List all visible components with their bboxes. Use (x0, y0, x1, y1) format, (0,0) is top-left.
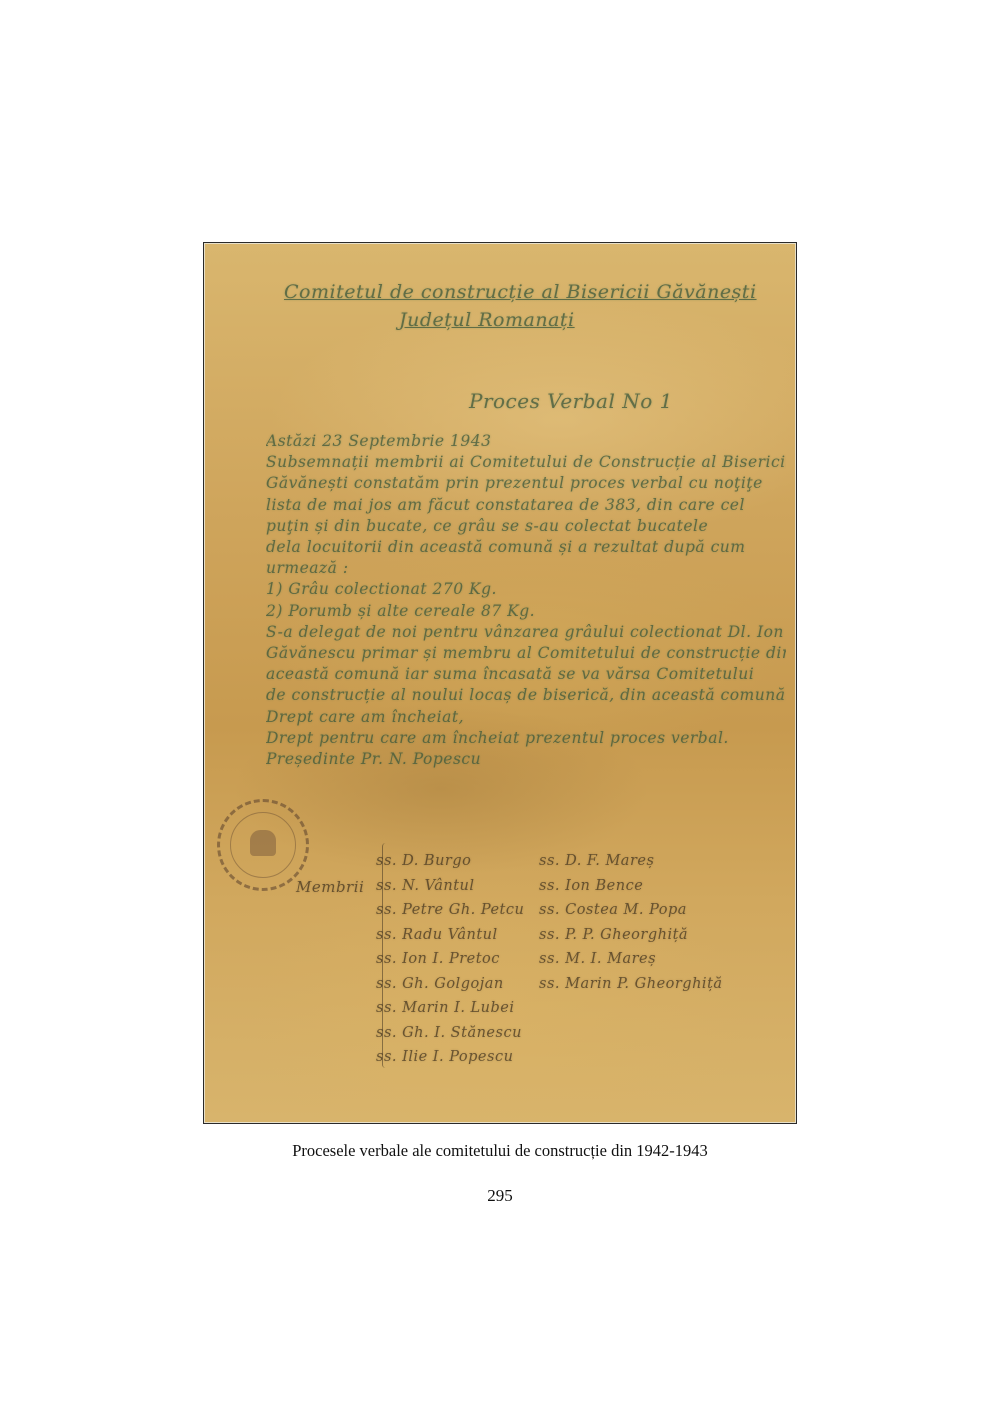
document-body: Astăzi 23 Septembrie 1943 Subsemnații me… (266, 431, 786, 770)
members-label: Membrii (296, 878, 364, 896)
member-signature: ss. N. Vântul (376, 874, 524, 899)
member-signature: ss. Marin P. Gheorghiță (539, 972, 723, 997)
body-line: Astăzi 23 Septembrie 1943 (266, 431, 786, 452)
members-list-left: ss. D. Burgo ss. N. Vântul ss. Petre Gh.… (376, 849, 524, 1070)
document-heading-line1: Comitetul de construcție al Bisericii Gă… (284, 281, 757, 303)
member-signature: ss. Gh. I. Stănescu (376, 1021, 524, 1046)
member-signature: ss. Ion Bence (539, 874, 723, 899)
body-line: Drept care am încheiat, (266, 707, 786, 728)
body-line: lista de mai jos am făcut constatarea de… (266, 495, 786, 516)
body-line: Subsemnații membrii ai Comitetului de Co… (266, 452, 786, 473)
body-line: Găvănescu primar și membru al Comitetulu… (266, 643, 786, 664)
document-title: Proces Verbal No 1 (469, 389, 673, 413)
stamp-inner-ring (230, 812, 296, 878)
member-signature: ss. Radu Vântul (376, 923, 524, 948)
member-signature: ss. Costea M. Popa (539, 898, 723, 923)
document-photograph: Comitetul de construcție al Bisericii Gă… (203, 242, 797, 1124)
member-signature: ss. Ion I. Pretoc (376, 947, 524, 972)
member-signature: ss. Ilie I. Popescu (376, 1045, 524, 1070)
member-signature: ss. D. Burgo (376, 849, 524, 874)
figure-caption: Procesele verbale ale comitetului de con… (0, 1141, 1000, 1161)
body-line: dela locuitorii din această comună și a … (266, 537, 786, 558)
body-line: de construcție al noului locaș de biseri… (266, 685, 786, 706)
body-line: Președinte Pr. N. Popescu (266, 749, 786, 770)
document-heading-line2: Județul Romanați (399, 309, 575, 331)
body-line: 1) Grâu colectionat 270 Kg. (266, 579, 786, 600)
body-line: 2) Porumb și alte cereale 87 Kg. (266, 601, 786, 622)
body-line: puţin și din bucate, ce grâu se s-au col… (266, 516, 786, 537)
body-line: S-a delegat de noi pentru vânzarea grâul… (266, 622, 786, 643)
page-number: 295 (0, 1186, 1000, 1206)
body-line: Găvănești constatăm prin prezentul proce… (266, 473, 786, 494)
member-signature: ss. M. I. Mareș (539, 947, 723, 972)
body-line: Drept pentru care am încheiat prezentul … (266, 728, 786, 749)
body-line: urmează : (266, 558, 786, 579)
member-signature: ss. Petre Gh. Petcu (376, 898, 524, 923)
body-line: această comună iar suma încasată se va v… (266, 664, 786, 685)
member-signature: ss. D. F. Mareș (539, 849, 723, 874)
member-signature: ss. P. P. Gheorghiță (539, 923, 723, 948)
members-list-right: ss. D. F. Mareș ss. Ion Bence ss. Costea… (539, 849, 723, 996)
member-signature: ss. Marin I. Lubei (376, 996, 524, 1021)
member-signature: ss. Gh. Golgojan (376, 972, 524, 997)
